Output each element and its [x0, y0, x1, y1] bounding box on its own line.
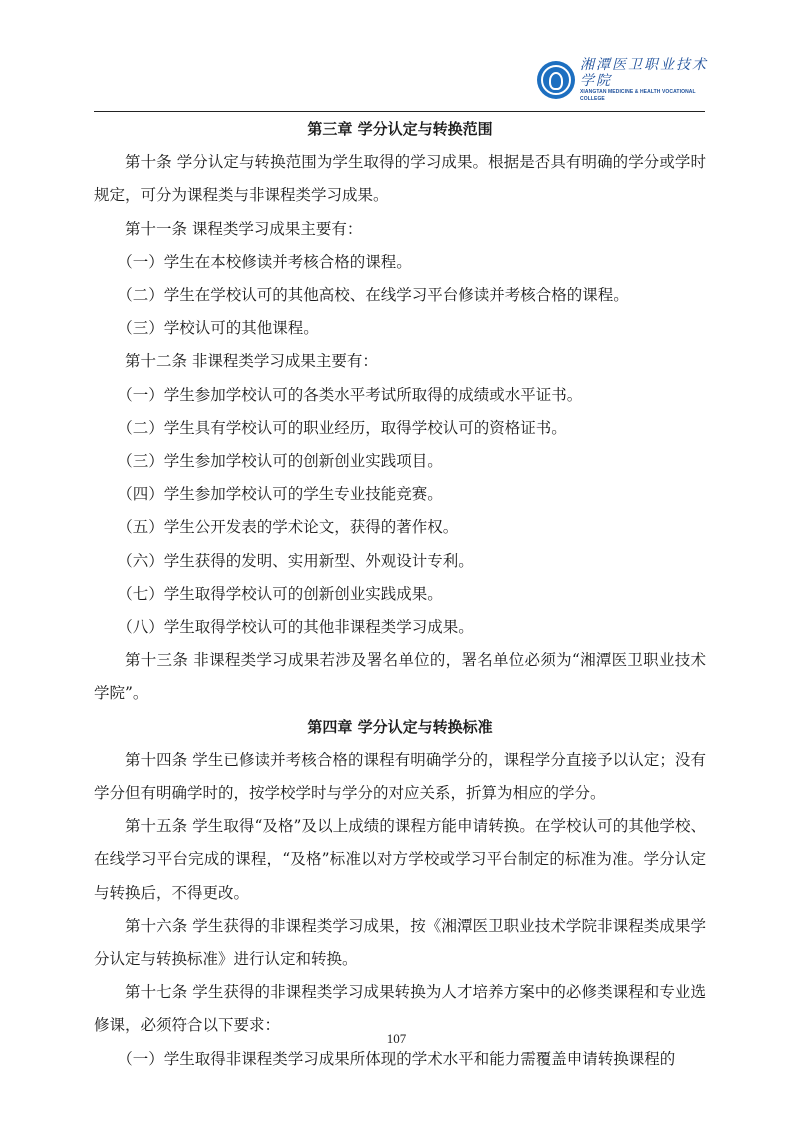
article-15: 第十五条 学生取得“及格”及以上成绩的课程方能申请转换。在学校认可的其他学校、在…	[94, 810, 706, 910]
list-item: （二）学生具有学校认可的职业经历，取得学校认可的资格证书。	[94, 412, 706, 445]
article-14: 第十四条 学生已修读并考核合格的课程有明确学分的，课程学分直接予以认定；没有学分…	[94, 744, 706, 810]
list-item: （一）学生参加学校认可的各类水平考试所取得的成绩或水平证书。	[94, 379, 706, 412]
list-item: （三）学校认可的其他课程。	[94, 312, 706, 345]
document-body: 第三章 学分认定与转换范围 第十条 学分认定与转换范围为学生取得的学习成果。根据…	[94, 113, 706, 1076]
list-item: （四）学生参加学校认可的学生专业技能竞赛。	[94, 478, 706, 511]
header-rule	[94, 111, 705, 112]
article-16: 第十六条 学生获得的非课程类学习成果，按《湘潭医卫职业技术学院非课程类成果学分认…	[94, 910, 706, 976]
list-item: （一）学生在本校修读并考核合格的课程。	[94, 246, 706, 279]
list-item: （七）学生取得学校认可的创新创业实践成果。	[94, 578, 706, 611]
college-name-cn: 湘潭医卫职业技术学院	[580, 57, 712, 89]
list-item: （二）学生在学校认可的其他高校、在线学习平台修读并考核合格的课程。	[94, 279, 706, 312]
article-10: 第十条 学分认定与转换范围为学生取得的学习成果。根据是否具有明确的学分或学时规定…	[94, 146, 706, 212]
list-item: （三）学生参加学校认可的创新创业实践项目。	[94, 445, 706, 478]
article-13: 第十三条 非课程类学习成果若涉及署名单位的，署名单位必须为“湘潭医卫职业技术学院…	[94, 644, 706, 710]
list-item: （八）学生取得学校认可的其他非课程类学习成果。	[94, 611, 706, 644]
college-name: 湘潭医卫职业技术学院 XIANGTAN MEDICINE & HEALTH VO…	[580, 57, 712, 103]
article-12: 第十二条 非课程类学习成果主要有：	[94, 345, 706, 378]
article-11: 第十一条 课程类学习成果主要有：	[94, 213, 706, 246]
page-number: 107	[0, 1031, 793, 1047]
list-item: （一）学生取得非课程类学习成果所体现的学术水平和能力需覆盖申请转换课程的	[94, 1043, 706, 1076]
list-item: （五）学生公开发表的学术论文，获得的著作权。	[94, 511, 706, 544]
chapter-title: 第四章 学分认定与转换标准	[94, 711, 706, 744]
college-name-en: XIANGTAN MEDICINE & HEALTH VOCATIONAL CO…	[580, 89, 712, 103]
college-logo: 湘潭医卫职业技术学院 XIANGTAN MEDICINE & HEALTH VO…	[537, 58, 712, 102]
chapter-title: 第三章 学分认定与转换范围	[94, 113, 706, 146]
college-seal-icon	[537, 61, 575, 99]
list-item: （六）学生获得的发明、实用新型、外观设计专利。	[94, 545, 706, 578]
